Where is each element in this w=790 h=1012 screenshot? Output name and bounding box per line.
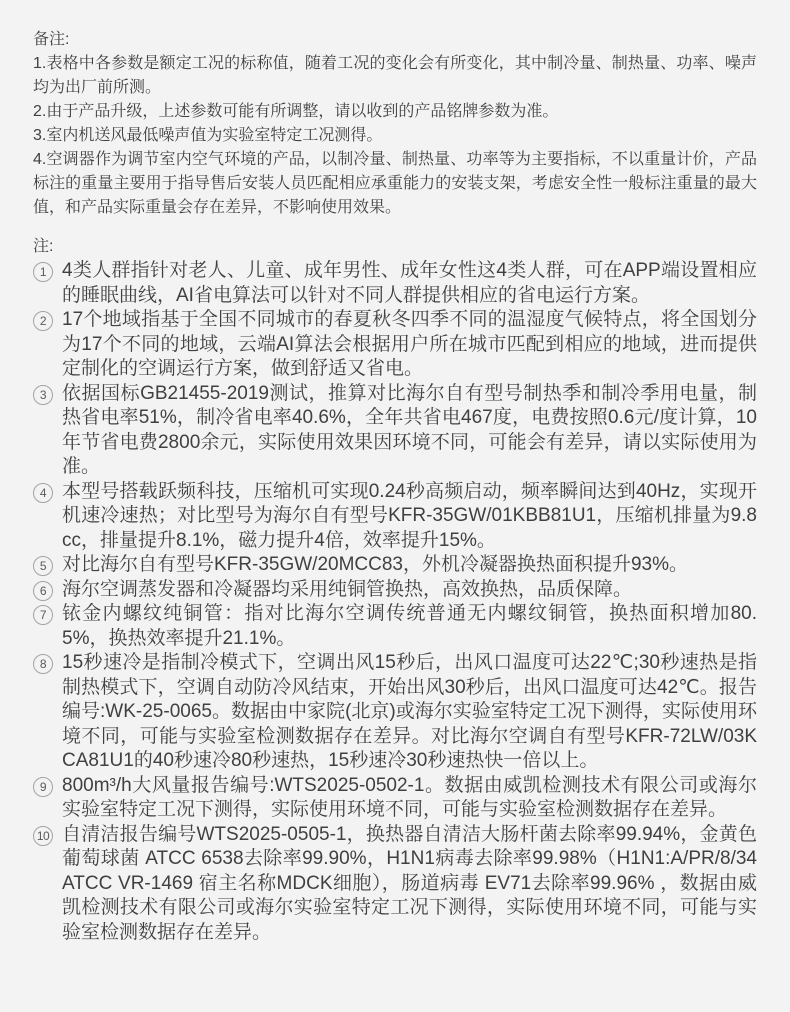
note-number-badge: 7 bbox=[33, 605, 53, 625]
note-item: 3依据国标GB21455-2019测试，推算对比海尔自有型号制热季和制冷季用电量… bbox=[33, 382, 757, 480]
remarks-list: 1.表格中各参数是额定工况的标称值，随着工况的变化会有所变化，其中制冷量、制热量… bbox=[33, 52, 757, 220]
remark-item: 4.空调器作为调节室内空气环境的产品，以制冷量、制热量、功率等为主要指标，不以重… bbox=[33, 148, 757, 220]
note-item: 6海尔空调蒸发器和冷凝器均采用纯铜管换热，高效换热，品质保障。 bbox=[33, 578, 757, 603]
notes-heading: 注: bbox=[33, 235, 757, 259]
notes-content: 备注: 1.表格中各参数是额定工况的标称值，随着工况的变化会有所变化，其中制冷量… bbox=[0, 0, 790, 945]
note-number-badge: 9 bbox=[33, 777, 53, 797]
notes-list: 14类人群指针对老人、儿童、成年男性、成年女性这4类人群，可在APP端设置相应的… bbox=[33, 259, 757, 945]
product-notes-page: { "theme": { "background": "#f3f3f3", "t… bbox=[0, 0, 790, 1012]
note-item: 4本型号搭载跃频科技，压缩机可实现0.24秒高频启动，频率瞬间达到40Hz，实现… bbox=[33, 480, 757, 554]
note-text: 铱金内螺纹纯铜管：指对比海尔空调传统普通无内螺纹铜管，换热面积增加80.5%，换… bbox=[62, 602, 757, 651]
note-item: 14类人群指针对老人、儿童、成年男性、成年女性这4类人群，可在APP端设置相应的… bbox=[33, 259, 757, 308]
note-text: 依据国标GB21455-2019测试，推算对比海尔自有型号制热季和制冷季用电量，… bbox=[62, 382, 757, 480]
note-text: 17个地域指基于全国不同城市的春夏秋冬四季不同的温湿度气候特点，将全国划分为17… bbox=[62, 308, 757, 382]
remark-item: 3.室内机送风最低噪声值为实验室特定工况测得。 bbox=[33, 124, 757, 148]
note-number-badge: 2 bbox=[33, 311, 53, 331]
remarks-heading: 备注: bbox=[33, 28, 757, 52]
note-number-badge: 1 bbox=[33, 262, 53, 282]
note-text: 自清洁报告编号WTS2025-0505-1，换热器自清洁大肠杆菌去除率99.94… bbox=[62, 823, 757, 946]
note-item: 5对比海尔自有型号KFR-35GW/20MCC83，外机冷凝器换热面积提升93%… bbox=[33, 553, 757, 578]
note-number-badge: 3 bbox=[33, 385, 53, 405]
note-text: 15秒速冷是指制冷模式下，空调出风15秒后，出风口温度可达22℃;30秒速热是指… bbox=[62, 651, 757, 774]
note-item: 10自清洁报告编号WTS2025-0505-1，换热器自清洁大肠杆菌去除率99.… bbox=[33, 823, 757, 946]
note-text: 800m³/h大风量报告编号:WTS2025-0502-1。数据由威凯检测技术有… bbox=[62, 774, 757, 823]
note-text: 本型号搭载跃频科技，压缩机可实现0.24秒高频启动，频率瞬间达到40Hz，实现开… bbox=[62, 480, 757, 554]
note-number-badge: 4 bbox=[33, 483, 53, 503]
note-text: 海尔空调蒸发器和冷凝器均采用纯铜管换热，高效换热，品质保障。 bbox=[62, 578, 757, 603]
note-item: 9800m³/h大风量报告编号:WTS2025-0502-1。数据由威凯检测技术… bbox=[33, 774, 757, 823]
note-number-badge: 5 bbox=[33, 556, 53, 576]
remark-item: 2.由于产品升级，上述参数可能有所调整，请以收到的产品铭牌参数为准。 bbox=[33, 100, 757, 124]
note-number-badge: 10 bbox=[33, 826, 53, 846]
note-item: 217个地域指基于全国不同城市的春夏秋冬四季不同的温湿度气候特点，将全国划分为1… bbox=[33, 308, 757, 382]
note-text: 对比海尔自有型号KFR-35GW/20MCC83，外机冷凝器换热面积提升93%。 bbox=[62, 553, 757, 578]
note-text: 4类人群指针对老人、儿童、成年男性、成年女性这4类人群，可在APP端设置相应的睡… bbox=[62, 259, 757, 308]
note-number-badge: 8 bbox=[33, 654, 53, 674]
remark-item: 1.表格中各参数是额定工况的标称值，随着工况的变化会有所变化，其中制冷量、制热量… bbox=[33, 52, 757, 100]
note-item: 7铱金内螺纹纯铜管：指对比海尔空调传统普通无内螺纹铜管，换热面积增加80.5%，… bbox=[33, 602, 757, 651]
note-item: 815秒速冷是指制冷模式下，空调出风15秒后，出风口温度可达22℃;30秒速热是… bbox=[33, 651, 757, 774]
note-number-badge: 6 bbox=[33, 581, 53, 601]
